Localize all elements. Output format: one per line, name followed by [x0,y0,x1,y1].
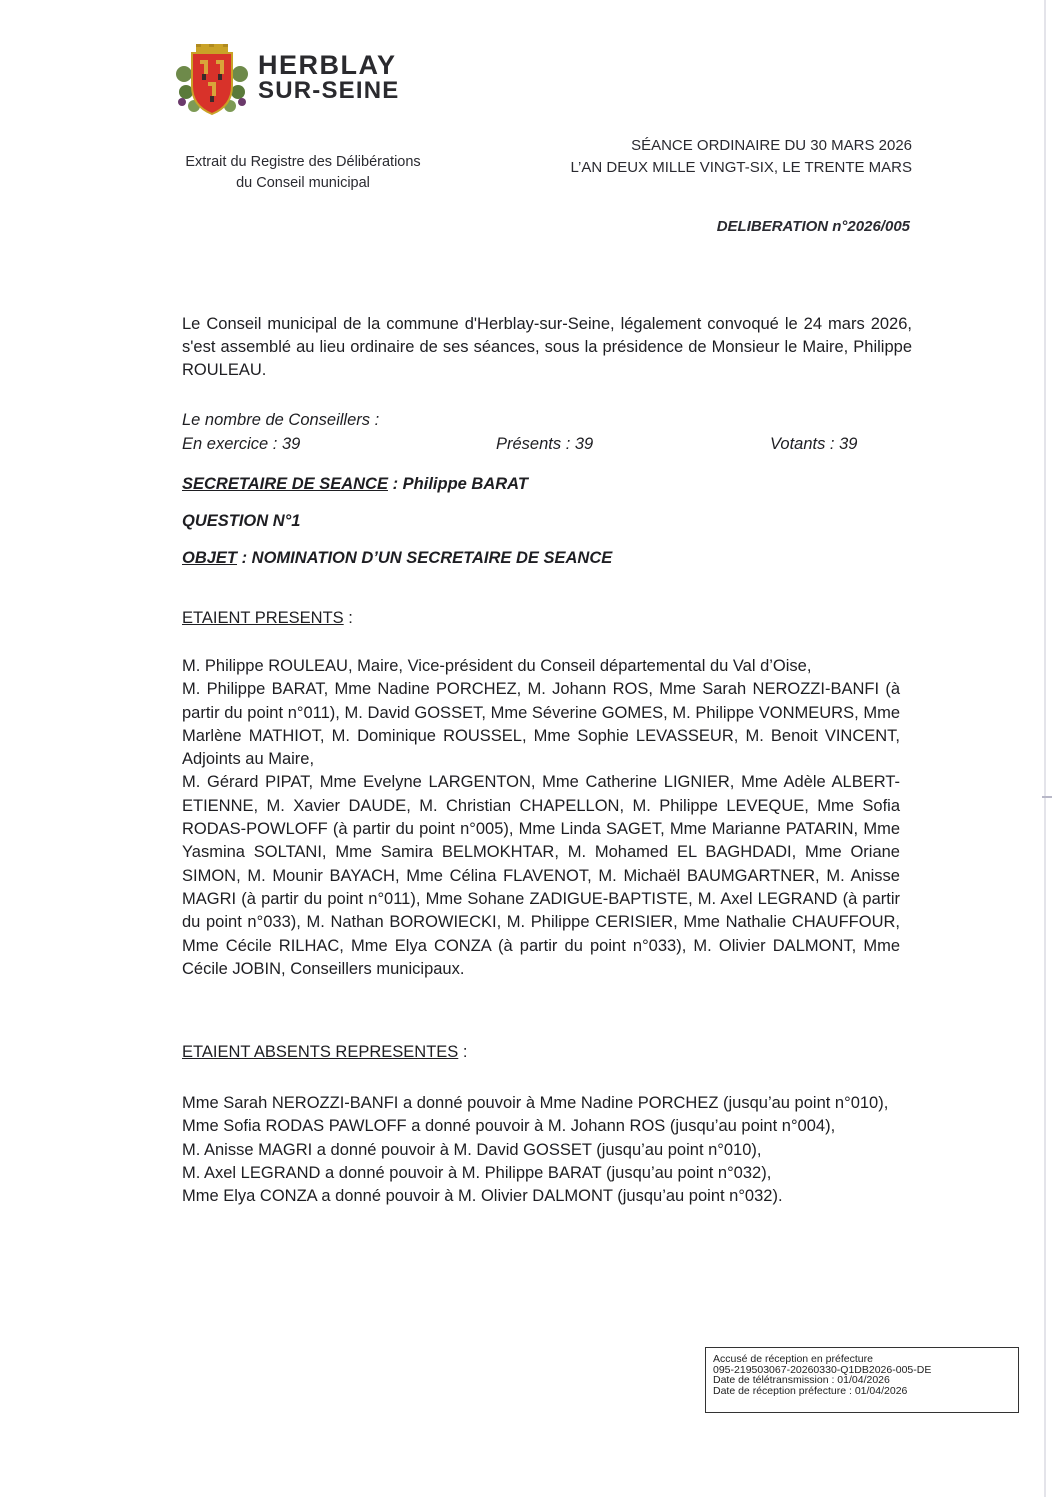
proxy-item: Mme Elya CONZA a donné pouvoir à M. Oliv… [182,1185,894,1208]
count-presents: Présents : 39 [496,435,593,454]
absent-section-title: ETAIENT ABSENTS REPRESENTES : [182,1043,467,1062]
present-title-colon: : [344,609,353,627]
present-mayor: M. Philippe ROULEAU, Maire, Vice-préside… [182,655,900,678]
object-line: OBJET : NOMINATION D’UN SECRETAIRE DE SE… [182,549,612,568]
stamp-title: Accusé de réception en préfecture [713,1354,1018,1365]
absent-represented-list: Mme Sarah NEROZZI-BANFI a donné pouvoir … [182,1092,894,1208]
city-name-line2: SUR-SEINE [258,78,400,104]
proxy-item: Mme Sarah NEROZZI-BANFI a donné pouvoir … [182,1092,894,1115]
count-en-exercice: En exercice : 39 [182,435,300,454]
page-edge-mark [1042,796,1052,798]
deliberation-number: DELIBERATION n°2026/005 [717,218,910,235]
present-list: M. Philippe ROULEAU, Maire, Vice-préside… [182,655,900,981]
question-number: QUESTION N°1 [182,512,300,531]
registry-caption: Extrait du Registre des Délibérations du… [178,152,428,194]
registry-line1: Extrait du Registre des Délibérations [178,152,428,173]
present-title-text: ETAIENT PRESENTS [182,609,344,627]
session-header: SÉANCE ORDINAIRE DU 30 MARS 2026 L’AN DE… [571,135,912,179]
page-edge [1044,0,1046,1497]
object-value: : NOMINATION D’UN SECRETAIRE DE SEANCE [237,549,612,567]
councillor-count-label: Le nombre de Conseillers : [182,411,379,430]
proxy-item: M. Anisse MAGRI a donné pouvoir à M. Dav… [182,1139,894,1162]
session-date-words: L’AN DEUX MILLE VINGT-SIX, LE TRENTE MAR… [571,157,912,179]
secretary-value: : Philippe BARAT [388,475,528,493]
proxy-item: Mme Sofia RODAS PAWLOFF a donné pouvoir … [182,1115,894,1138]
present-adjoints: M. Philippe BARAT, Mme Nadine PORCHEZ, M… [182,678,900,771]
stamp-transmission-date: Date de télétransmission : 01/04/2026 [713,1375,1018,1386]
coat-of-arms-icon [174,44,250,116]
city-name: HERBLAY SUR-SEINE [258,52,400,104]
city-name-line1: HERBLAY [258,52,400,78]
absent-title-text: ETAIENT ABSENTS REPRESENTES [182,1043,458,1061]
count-votants: Votants : 39 [770,435,857,454]
proxy-item: M. Axel LEGRAND a donné pouvoir à M. Phi… [182,1162,894,1185]
session-title: SÉANCE ORDINAIRE DU 30 MARS 2026 [571,135,912,157]
present-conseillers: M. Gérard PIPAT, Mme Evelyne LARGENTON, … [182,771,900,981]
secretary-label: SECRETAIRE DE SEANCE [182,475,388,493]
stamp-reception-date: Date de réception préfecture : 01/04/202… [713,1386,1018,1397]
intro-paragraph: Le Conseil municipal de la commune d'Her… [182,313,912,382]
session-secretary: SECRETAIRE DE SEANCE : Philippe BARAT [182,475,528,494]
absent-title-colon: : [458,1043,467,1061]
present-section-title: ETAIENT PRESENTS : [182,609,353,628]
registry-line2: du Conseil municipal [178,173,428,194]
prefecture-receipt-stamp: Accusé de réception en préfecture 095-21… [705,1347,1019,1413]
object-label: OBJET [182,549,237,567]
city-logo: HERBLAY SUR-SEINE [174,44,404,116]
